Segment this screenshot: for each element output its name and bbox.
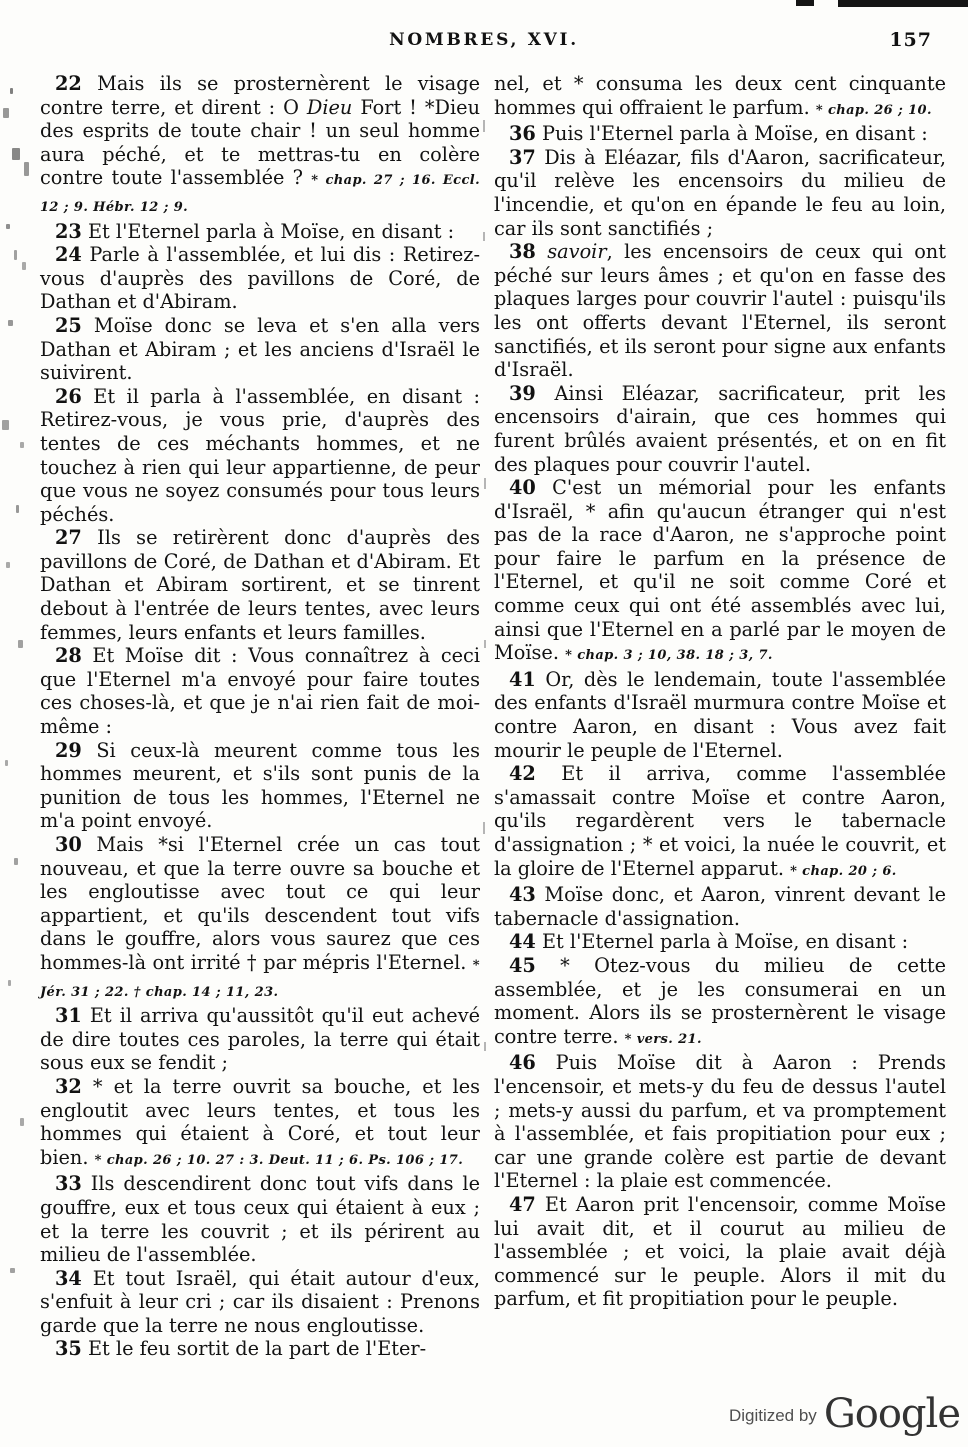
- scan-speck: [22, 262, 26, 270]
- verse-text: Et il parla à l'assemblée, en disant : R…: [40, 385, 480, 526]
- verse-text: Or, dès le lendemain, toute l'assemblée …: [494, 668, 946, 762]
- cross-reference: * chap. 26 ; 10.: [816, 103, 932, 118]
- google-logo: Google: [824, 1391, 960, 1437]
- scan-speck: [6, 224, 10, 229]
- verse-text: Puis Moïse dit à Aaron : Prends l'encens…: [494, 1051, 946, 1192]
- verse-text: Si ceux-là meurent comme tous les hommes…: [40, 739, 480, 833]
- verse-paragraph: 31 Et il arriva qu'aussitôt qu'il eut ac…: [40, 1004, 480, 1075]
- verse-paragraph: 34 Et tout Israël, qui était autour d'eu…: [40, 1267, 480, 1338]
- verse-paragraph: 46 Puis Moïse dit à Aaron : Prends l'enc…: [494, 1051, 946, 1193]
- verse-number: 27: [55, 526, 82, 549]
- verse-number: 33: [55, 1172, 82, 1195]
- verse-number: 23: [55, 220, 82, 243]
- watermark: Digitized byGoogle: [729, 1391, 960, 1437]
- verse-text: C'est un mémorial pour les enfants d'Isr…: [494, 476, 946, 664]
- verse-text: Et tout Israël, qui était autour d'eux, …: [40, 1267, 480, 1337]
- verse-text: Ils descendirent donc tout vifs dans le …: [40, 1172, 480, 1266]
- scan-speck: [10, 1268, 15, 1273]
- verse-text: Et il arriva, comme l'assemblée s'amassa…: [494, 762, 946, 879]
- cross-reference: * chap. 20 ; 6.: [790, 864, 897, 879]
- verse-paragraph: 32 * et la terre ouvrit sa bouche, et le…: [40, 1075, 480, 1172]
- verse-number: 44: [509, 930, 536, 953]
- verse-number: 46: [509, 1051, 536, 1074]
- verse-text: Dis à Eléazar, fils d'Aaron, sacrificate…: [494, 146, 946, 240]
- verse-paragraph: 37 Dis à Eléazar, fils d'Aaron, sacrific…: [494, 146, 946, 240]
- cross-reference: * vers. 21.: [625, 1032, 702, 1047]
- verse-text: Et l'Eternel parla à Moïse, en disant :: [536, 930, 908, 953]
- gutter-dash: [483, 232, 485, 241]
- scan-speck: [20, 1118, 24, 1126]
- cross-reference: * chap. 26 ; 10. 27 : 3. Deut. 11 ; 6. P…: [95, 1153, 464, 1168]
- scan-speck: [12, 148, 20, 160]
- gutter-dash: [484, 478, 486, 489]
- verse-text: Mais *si l'Eternel crée un cas tout nouv…: [40, 833, 480, 974]
- scan-speck: [8, 320, 13, 326]
- scan-edge-mark: [838, 0, 968, 7]
- verse-text: Moïse donc se leva et s'en alla vers Dat…: [40, 314, 480, 384]
- verse-number: 39: [509, 382, 536, 405]
- verse-paragraph: 42 Et il arriva, comme l'assemblée s'ama…: [494, 762, 946, 883]
- verse-number: 25: [55, 314, 82, 337]
- verse-text: Ainsi Eléazar, sacrificateur, prit les e…: [494, 382, 946, 476]
- verse-number: 36: [509, 122, 536, 145]
- verse-number: 24: [55, 243, 82, 266]
- verse-paragraph: 22 Mais ils se prosternèrent le visage c…: [40, 72, 480, 220]
- verse-text: Ils se retirèrent donc d'auprès des pavi…: [40, 526, 480, 643]
- verse-text: Et le feu sortit de la part de l'Eter-: [82, 1337, 426, 1360]
- scanned-book-page: NOMBRES, XVI. 157 22 Mais ils se proster…: [0, 0, 968, 1447]
- verse-number: 29: [55, 739, 82, 762]
- verse-paragraph: 39 Ainsi Eléazar, sacrificateur, prit le…: [494, 382, 946, 476]
- verse-paragraph: 40 C'est un mémorial pour les enfants d'…: [494, 476, 946, 668]
- digitized-by-label: Digitized by: [729, 1406, 817, 1425]
- verse-paragraph: 36 Puis l'Eternel parla à Moïse, en disa…: [494, 122, 946, 146]
- verse-paragraph: 33 Ils descendirent donc tout vifs dans …: [40, 1172, 480, 1266]
- scan-speck: [10, 88, 13, 94]
- cross-reference: * chap. 3 ; 10, 38. 18 ; 3, 7.: [565, 648, 773, 663]
- gutter-dash: [483, 822, 485, 834]
- text-column-right: nel, et * consuma les deux cent cinquant…: [494, 72, 946, 1311]
- verse-paragraph: 23 Et l'Eternel parla à Moïse, en disant…: [40, 220, 480, 244]
- scan-speck: [3, 108, 9, 118]
- scan-speck: [5, 760, 8, 766]
- gutter-dash: [484, 1042, 486, 1051]
- verse-number: 45: [509, 954, 536, 977]
- verse-paragraph: 29 Si ceux-là meurent comme tous les hom…: [40, 739, 480, 833]
- verse-number: 40: [509, 476, 536, 499]
- verse-text-italic: savoir: [547, 240, 606, 263]
- verse-text: Et il arriva qu'aussitôt qu'il eut achev…: [40, 1004, 480, 1074]
- scan-speck: [8, 980, 11, 986]
- scan-speck: [20, 442, 24, 448]
- verse-paragraph: nel, et * consuma les deux cent cinquant…: [494, 72, 946, 122]
- scan-speck: [14, 858, 18, 865]
- verse-number: 35: [55, 1337, 82, 1360]
- verse-paragraph: 43 Moïse donc, et Aaron, vinrent devant …: [494, 883, 946, 930]
- verse-number: 43: [509, 883, 536, 906]
- verse-text: [536, 240, 547, 263]
- verse-paragraph: 28 Et Moïse dit : Vous connaîtrez à ceci…: [40, 644, 480, 738]
- running-title: NOMBRES, XVI.: [0, 30, 968, 50]
- scan-speck: [2, 420, 9, 430]
- verse-number: 37: [509, 146, 536, 169]
- verse-text: Et l'Eternel parla à Moïse, en disant :: [82, 220, 454, 243]
- verse-text: Et Aaron prit l'encensoir, comme Moïse l…: [494, 1193, 946, 1310]
- scan-speck: [18, 640, 23, 648]
- gutter-dash: [484, 640, 486, 648]
- verse-paragraph: 30 Mais *si l'Eternel crée un cas tout n…: [40, 833, 480, 1004]
- gutter-dash: [483, 120, 485, 132]
- verse-number: 26: [55, 385, 82, 408]
- verse-text: Parle à l'assemblée, et lui dis : Retire…: [40, 243, 480, 313]
- verse-number: 30: [55, 833, 82, 856]
- verse-number: 42: [509, 762, 536, 785]
- scan-speck: [16, 505, 19, 513]
- verse-text: * Otez-vous du milieu de cette assemblée…: [494, 954, 946, 1048]
- verse-paragraph: 44 Et l'Eternel parla à Moïse, en disant…: [494, 930, 946, 954]
- verse-paragraph: 41 Or, dès le lendemain, toute l'assembl…: [494, 668, 946, 762]
- verse-paragraph: 47 Et Aaron prit l'encensoir, comme Moïs…: [494, 1193, 946, 1311]
- verse-text: Moïse donc, et Aaron, vinrent devant le …: [494, 883, 946, 930]
- verse-text: Puis l'Eternel parla à Moïse, en disant …: [536, 122, 928, 145]
- scan-speck: [24, 162, 29, 176]
- text-column-left: 22 Mais ils se prosternèrent le visage c…: [40, 72, 480, 1361]
- scan-edge-mark: [796, 0, 814, 6]
- verse-paragraph: 45 * Otez-vous du milieu de cette assemb…: [494, 954, 946, 1051]
- verse-number: 32: [55, 1075, 82, 1098]
- page-number: 157: [889, 29, 932, 51]
- verse-number: 22: [55, 72, 82, 95]
- verse-text: Et Moïse dit : Vous connaîtrez à ceci qu…: [40, 644, 480, 738]
- verse-paragraph: 38 savoir, les encensoirs de ceux qui on…: [494, 240, 946, 382]
- verse-paragraph: 26 Et il parla à l'assemblée, en disant …: [40, 385, 480, 527]
- scan-speck: [6, 562, 10, 568]
- verse-paragraph: 35 Et le feu sortit de la part de l'Eter…: [40, 1337, 480, 1361]
- verse-paragraph: 25 Moïse donc se leva et s'en alla vers …: [40, 314, 480, 385]
- verse-number: 38: [509, 240, 536, 263]
- verse-text-italic: Dieu: [307, 96, 352, 119]
- verse-number: 41: [509, 668, 536, 691]
- verse-number: 34: [55, 1267, 82, 1290]
- verse-number: 28: [55, 644, 82, 667]
- scan-speck: [14, 250, 17, 260]
- verse-paragraph: 24 Parle à l'assemblée, et lui dis : Ret…: [40, 243, 480, 314]
- verse-number: 47: [509, 1193, 536, 1216]
- verse-number: 31: [55, 1004, 82, 1027]
- verse-paragraph: 27 Ils se retirèrent donc d'auprès des p…: [40, 526, 480, 644]
